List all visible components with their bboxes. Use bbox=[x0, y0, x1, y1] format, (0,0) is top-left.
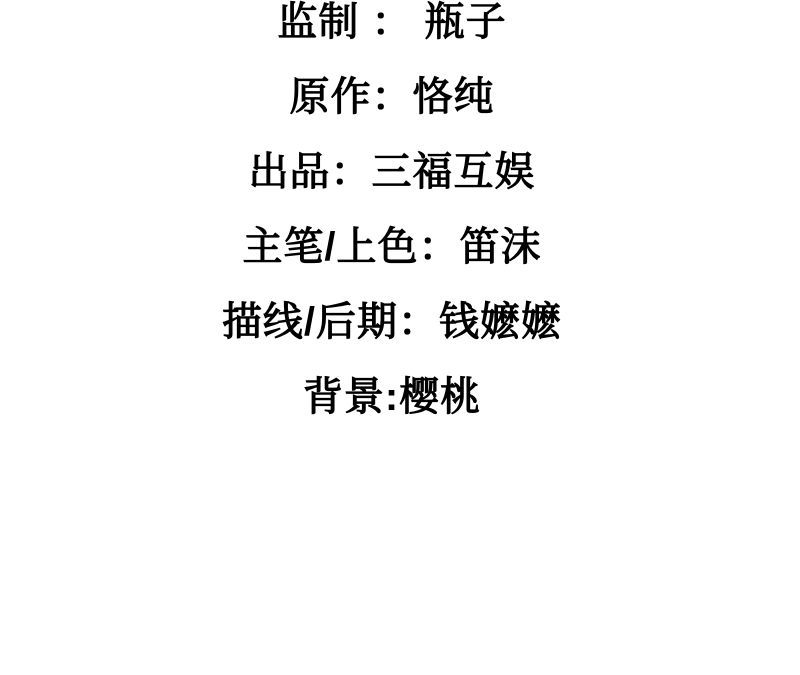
credit-line-supervisor: 监制 ： 瓶子 bbox=[277, 0, 506, 60]
credit-line-lineart-postprod: 描线/后期：钱嬷嬷 bbox=[222, 285, 562, 360]
credit-line-producer: 出品：三福互娱 bbox=[249, 135, 536, 210]
credits-page: 监制 ： 瓶子 原作：恪纯 出品：三福互娱 主笔/上色：笛沫 描线/后期：钱嬷嬷… bbox=[0, 0, 800, 675]
credit-line-original-work: 原作：恪纯 bbox=[290, 60, 495, 135]
credit-line-lead-artist-color: 主笔/上色：笛沫 bbox=[242, 210, 541, 285]
credit-line-background-artist: 背景:樱桃 bbox=[303, 360, 481, 435]
credits-block: 监制 ： 瓶子 原作：恪纯 出品：三福互娱 主笔/上色：笛沫 描线/后期：钱嬷嬷… bbox=[0, 0, 784, 435]
